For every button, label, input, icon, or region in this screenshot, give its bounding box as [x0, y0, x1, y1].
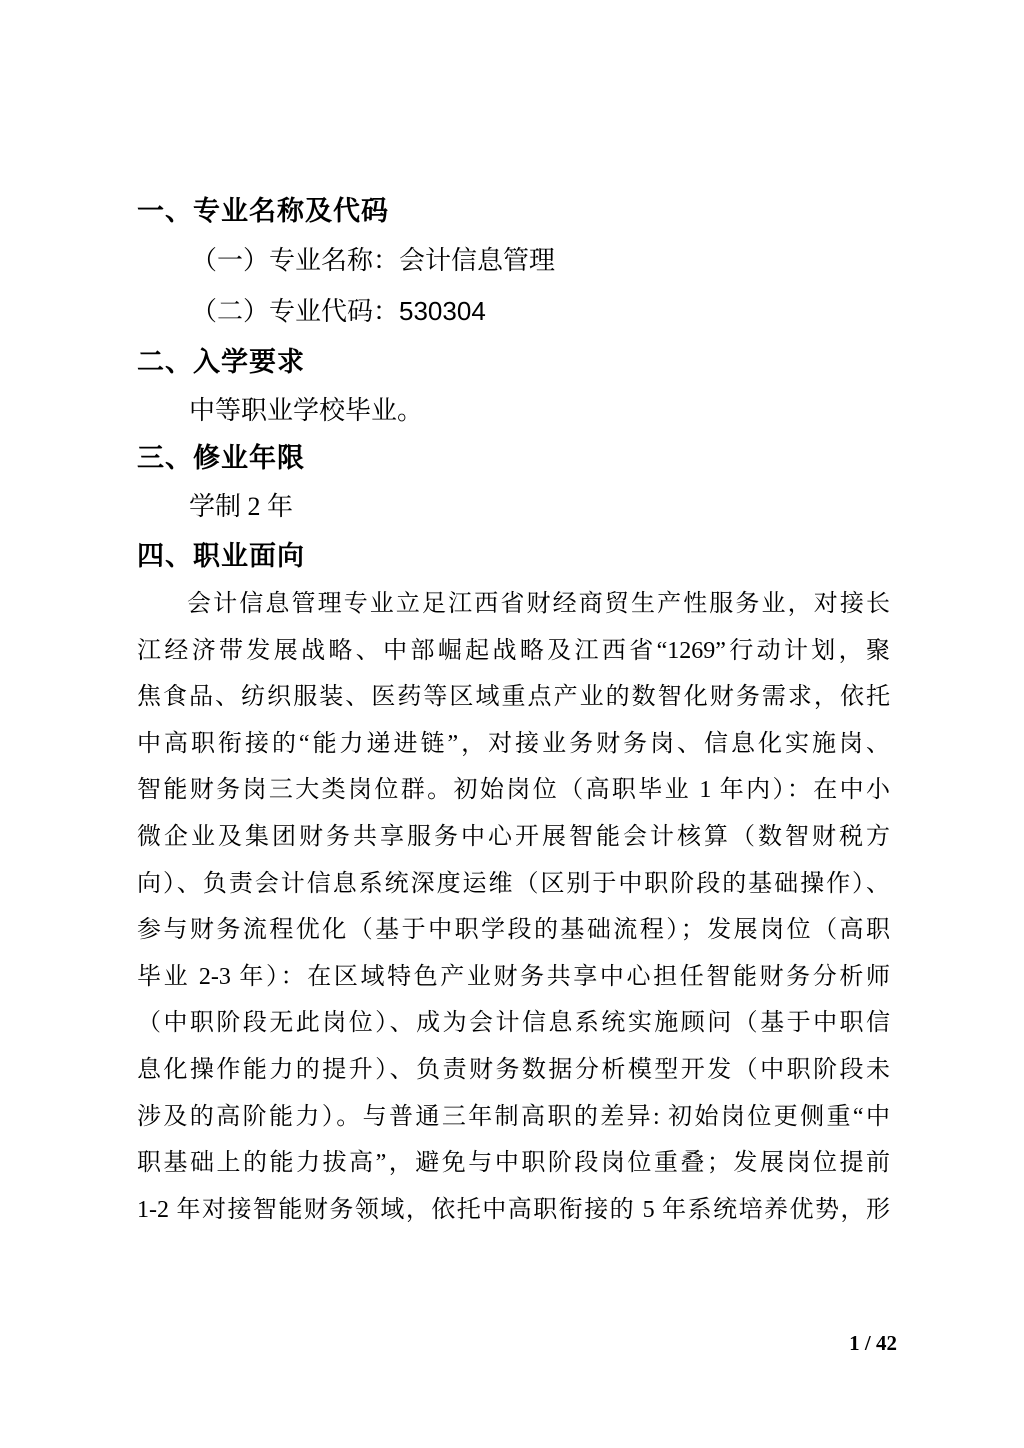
study-duration-text: 学制 2 年: [137, 483, 890, 531]
paragraph-line: 会计信息管理专业立足江西省财经商贸生产性服务业，对接长: [137, 581, 890, 628]
paragraph-line: 参与财务流程优化（基于中职学段的基础流程）；发展岗位（高职: [137, 907, 890, 954]
major-code-value: 530304: [399, 296, 486, 326]
document-content: 一、专业名称及代码 （一）专业名称：会计信息管理 （二）专业代码：530304 …: [137, 186, 890, 1233]
section-heading-major-name-code: 一、专业名称及代码: [137, 186, 890, 236]
career-orientation-paragraph: 会计信息管理专业立足江西省财经商贸生产性服务业，对接长 江经济带发展战略、中部崛…: [137, 581, 890, 1233]
paragraph-line: 息化操作能力的提升）、负责财务数据分析模型开发（中职阶段未: [137, 1047, 890, 1094]
paragraph-line: 毕业 2-3 年）：在区域特色产业财务共享中心担任智能财务分析师: [137, 954, 890, 1001]
paragraph-line: 1-2 年对接智能财务领域，依托中高职衔接的 5 年系统培养优势，形: [137, 1187, 890, 1234]
paragraph-line: 焦食品、纺织服装、医药等区域重点产业的数智化财务需求，依托: [137, 674, 890, 721]
major-code-label: （二）专业代码：: [191, 297, 399, 326]
paragraph-line: 微企业及集团财务共享服务中心开展智能会计核算（数智财税方: [137, 814, 890, 861]
major-name-item: （一）专业名称：会计信息管理: [137, 236, 890, 286]
paragraph-line: 涉及的高阶能力）。与普通三年制高职的差异: 初始岗位更侧重“中: [137, 1094, 890, 1141]
section-heading-career-orientation: 四、职业面向: [137, 531, 890, 581]
admission-requirements-text: 中等职业学校毕业。: [137, 387, 890, 434]
document-page: 一、专业名称及代码 （一）专业名称：会计信息管理 （二）专业代码：530304 …: [0, 0, 1024, 1448]
paragraph-line: 中高职衔接的“能力递进链”，对接业务财务岗、信息化实施岗、: [137, 721, 890, 768]
page-number: 1 / 42: [849, 1331, 897, 1356]
paragraph-line: 江经济带发展战略、中部崛起战略及江西省“1269”行动计划，聚: [137, 628, 890, 675]
paragraph-line: 向）、负责会计信息系统深度运维（区别于中职阶段的基础操作）、: [137, 861, 890, 908]
paragraph-line: 智能财务岗三大类岗位群。初始岗位（高职毕业 1 年内）：在中小: [137, 767, 890, 814]
section-heading-study-duration: 三、修业年限: [137, 434, 890, 483]
section-heading-admission-requirements: 二、入学要求: [137, 337, 890, 387]
major-code-item: （二）专业代码：530304: [137, 286, 890, 337]
paragraph-line: 职基础上的能力拔高”，避免与中职阶段岗位重叠；发展岗位提前: [137, 1140, 890, 1187]
paragraph-line: （中职阶段无此岗位）、成为会计信息系统实施顾问（基于中职信: [137, 1000, 890, 1047]
